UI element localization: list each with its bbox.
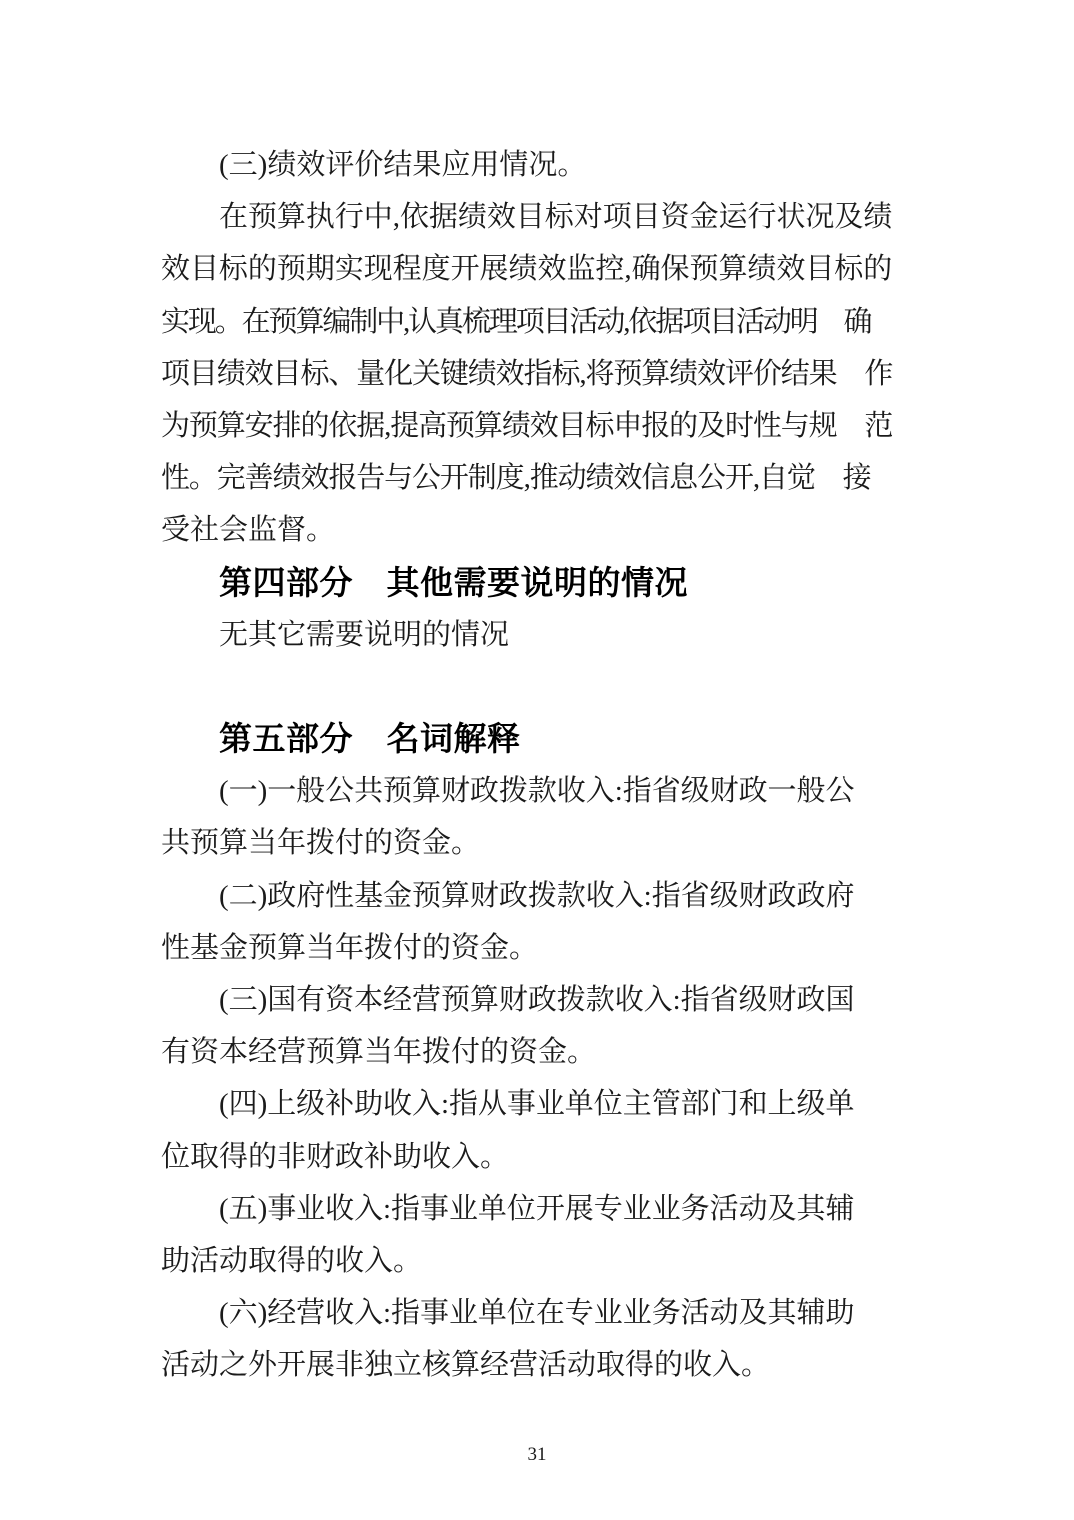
page-number: 31 [0, 1442, 1074, 1468]
text-line: 在预算执行中,依据绩效目标对项目资金运行状况及绩 [161, 191, 914, 243]
text-line: (五)事业收入:指事业单位开展专业业务活动及其辅 [161, 1183, 914, 1235]
document-page: (三)绩效评价结果应用情况。在预算执行中,依据绩效目标对项目资金运行状况及绩效目… [0, 0, 1074, 1520]
text-line: (四)上级补助收入:指从事业单位主管部门和上级单 [161, 1078, 914, 1130]
text-line: (三)绩效评价结果应用情况。 [161, 139, 914, 191]
text-line: 项目绩效目标、量化关键绩效指标,将预算绩效评价结果 作 [161, 348, 914, 400]
document-body: (三)绩效评价结果应用情况。在预算执行中,依据绩效目标对项目资金运行状况及绩效目… [161, 139, 914, 1392]
text-line: 助活动取得的收入。 [161, 1235, 914, 1287]
text-line: (二)政府性基金预算财政拨款收入:指省级财政政府 [161, 870, 914, 922]
text-line: (三)国有资本经营预算财政拨款收入:指省级财政国 [161, 974, 914, 1026]
text-line: 效目标的预期实现程度开展绩效监控,确保预算绩效目标的 [161, 243, 914, 295]
text-line: 实现。在预算编制中,认真梳理项目活动,依据项目活动明 确 [161, 296, 914, 348]
section-heading: 第四部分 其他需要说明的情况 [161, 557, 914, 609]
text-line: 位取得的非财政补助收入。 [161, 1131, 914, 1183]
text-line: 为预算安排的依据,提高预算绩效目标申报的及时性与规 范 [161, 400, 914, 452]
text-line: 性基金预算当年拨付的资金。 [161, 922, 914, 974]
text-line: 无其它需要说明的情况 [161, 609, 914, 661]
text-line: (六)经营收入:指事业单位在专业业务活动及其辅助 [161, 1287, 914, 1339]
spacer-line [161, 661, 914, 713]
text-line: 性。完善绩效报告与公开制度,推动绩效信息公开,自觉 接 [161, 452, 914, 504]
text-line: (一)一般公共预算财政拨款收入:指省级财政一般公 [161, 765, 914, 817]
text-line: 活动之外开展非独立核算经营活动取得的收入。 [161, 1339, 914, 1391]
text-line: 有资本经营预算当年拨付的资金。 [161, 1026, 914, 1078]
section-heading: 第五部分 名词解释 [161, 713, 914, 765]
text-line: 共预算当年拨付的资金。 [161, 817, 914, 869]
text-line: 受社会监督。 [161, 504, 914, 556]
